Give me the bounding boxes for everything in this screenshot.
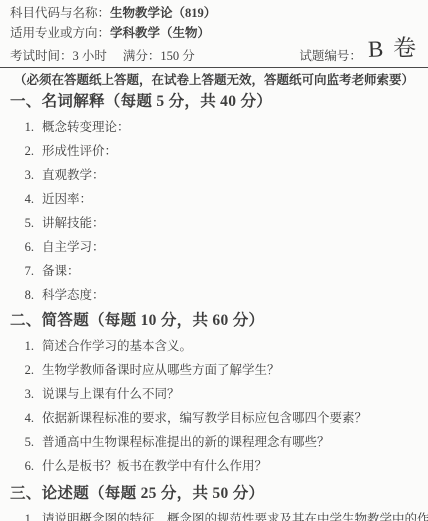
section-title: 二、简答题（每题 10 分，共 60 分） [10, 312, 418, 330]
section-short-answer: 二、简答题（每题 10 分，共 60 分） 1.简述合作学习的基本含义。 2.生… [10, 312, 418, 474]
subject-row: 科目代码与名称： 生物教学论（819） [10, 3, 418, 23]
question-item: 3.说课与上课有什么不同？ [23, 387, 418, 402]
question-text: 普通高中生物课程标准提出的新的课程理念有哪些？ [42, 435, 330, 450]
question-item: 6.什么是板书？板书在教学中有什么作用？ [23, 459, 418, 474]
question-item: 6.自主学习： [23, 240, 418, 255]
question-number: 3. [23, 168, 34, 183]
question-item: 2.生物学教师备课时应从哪些方面了解学生？ [23, 363, 418, 378]
major-value: 学科教学（生物） [110, 23, 210, 43]
question-item: 5.讲解技能： [23, 216, 418, 231]
question-item: 5.普通高中生物课程标准提出的新的课程理念有哪些？ [23, 435, 418, 450]
full-score-value: 150 分 [160, 46, 194, 66]
question-item: 1.简述合作学习的基本含义。 [23, 339, 418, 354]
question-list: 1.概念转变理论： 2.形成性评价： 3.直观教学： 4.近因率： 5.讲解技能… [23, 120, 418, 303]
question-text: 直观教学： [42, 168, 105, 183]
paper-number-value: B 卷 [368, 38, 419, 60]
question-item: 4.近因率： [23, 192, 418, 207]
question-item: 2.形成性评价： [23, 144, 418, 159]
question-text: 备课： [42, 264, 80, 279]
question-number: 5. [23, 216, 34, 231]
question-number: 6. [23, 240, 34, 255]
question-number: 1. [23, 339, 34, 354]
question-text: 说课与上课有什么不同？ [42, 387, 180, 402]
full-score-label: 满分： [123, 46, 161, 66]
major-row: 适用专业或方向： 学科教学（生物） [10, 23, 418, 43]
question-text: 依据新课程标准的要求，编写教学目标应包含哪四个要素？ [42, 411, 367, 426]
question-text: 什么是板书？板书在教学中有什么作用？ [42, 459, 267, 474]
question-list: 1.请说明概念图的特征、概念图的规范性要求及其在中学生物教学中的作 [23, 512, 418, 521]
question-item: 7.备课： [23, 264, 418, 279]
subject-value: 生物教学论（819） [110, 3, 216, 23]
question-text: 简述合作学习的基本含义。 [42, 339, 192, 354]
question-text: 概念转变理论： [42, 120, 130, 135]
question-number: 6. [23, 459, 34, 474]
exam-header: 科目代码与名称： 生物教学论（819） 适用专业或方向： 学科教学（生物） 考试… [10, 3, 418, 66]
section-term-explanation: 一、名词解释（每题 5 分，共 40 分） 1.概念转变理论： 2.形成性评价：… [10, 93, 418, 303]
question-text: 讲解技能： [42, 216, 105, 231]
question-item: 1.请说明概念图的特征、概念图的规范性要求及其在中学生物教学中的作 [23, 512, 418, 521]
question-number: 2. [23, 363, 34, 378]
question-number: 7. [23, 264, 34, 279]
question-item: 8.科学态度： [23, 288, 418, 303]
section-essay: 三、论述题（每题 25 分，共 50 分） 1.请说明概念图的特征、概念图的规范… [10, 485, 418, 521]
question-text: 形成性评价： [42, 144, 117, 159]
question-item: 3.直观教学： [23, 168, 418, 183]
exam-paper-page: 科目代码与名称： 生物教学论（819） 适用专业或方向： 学科教学（生物） 考试… [0, 0, 428, 521]
question-number: 1. [23, 120, 34, 135]
question-text: 科学态度： [42, 288, 105, 303]
question-number: 1. [23, 512, 34, 521]
question-list: 1.简述合作学习的基本含义。 2.生物学教师备课时应从哪些方面了解学生？ 3.说… [23, 339, 418, 474]
meta-row: 考试时间： 3 小时 满分： 150 分 试题编号： B 卷 [10, 43, 418, 66]
subject-label: 科目代码与名称： [10, 3, 110, 23]
major-label: 适用专业或方向： [10, 23, 110, 43]
question-number: 8. [23, 288, 34, 303]
question-text: 生物学教师备课时应从哪些方面了解学生？ [42, 363, 280, 378]
paper-number-label: 试题编号： [299, 46, 362, 66]
question-text: 请说明概念图的特征、概念图的规范性要求及其在中学生物教学中的作 [42, 512, 428, 521]
question-number: 5. [23, 435, 34, 450]
question-number: 2. [23, 144, 34, 159]
question-number: 4. [23, 411, 34, 426]
exam-time-label: 考试时间： [10, 46, 73, 66]
question-item: 4.依据新课程标准的要求，编写教学目标应包含哪四个要素？ [23, 411, 418, 426]
section-title: 一、名词解释（每题 5 分，共 40 分） [10, 93, 418, 111]
header-divider [0, 67, 428, 68]
section-title: 三、论述题（每题 25 分，共 50 分） [10, 485, 418, 503]
question-text: 近因率： [42, 192, 92, 207]
question-number: 4. [23, 192, 34, 207]
exam-time-value: 3 小时 [73, 46, 107, 66]
answer-sheet-notice: （必须在答题纸上答题，在试卷上答题无效，答题纸可向监考老师索要） [10, 72, 418, 88]
question-text: 自主学习： [42, 240, 105, 255]
question-number: 3. [23, 387, 34, 402]
question-item: 1.概念转变理论： [23, 120, 418, 135]
